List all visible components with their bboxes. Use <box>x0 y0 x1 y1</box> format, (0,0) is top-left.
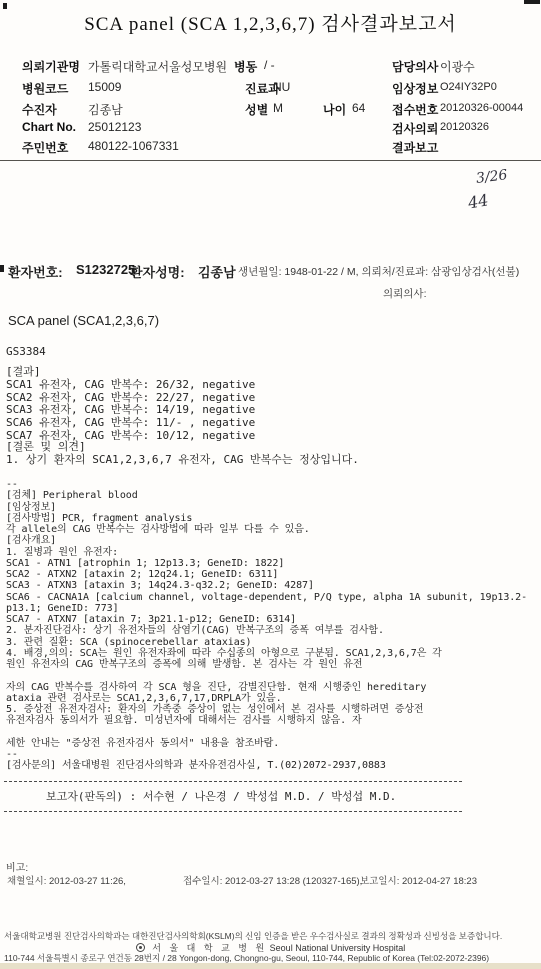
hospital-code-value: 15009 <box>88 80 121 94</box>
header-divider <box>0 160 541 161</box>
referring-doctor-label: 의뢰의사: <box>383 286 427 301</box>
conclusion-lines: [결론 및 의견]1. 상기 환자의 SCA1,2,3,6,7 유전자, CAG… <box>6 441 359 466</box>
result-report-label: 결과보고 <box>392 139 438 156</box>
test-request-value: 20120326 <box>440 121 489 133</box>
patient-meta-text: 생년월일: 1948-01-22 / M, 의뢰처/진료과: 삼광임상검사(선불… <box>238 264 519 279</box>
snuh-logo-icon <box>136 943 145 952</box>
specimen-code: GS3384 <box>6 345 46 358</box>
scan-edge-strip <box>0 963 541 969</box>
org-name-value: 가톨릭대학교서울성모병원 <box>88 58 227 75</box>
accession-number-value: 20120326-00044 <box>440 102 523 114</box>
chart-number-label: Chart No. <box>22 120 76 134</box>
resident-number-value: 480122-1067331 <box>88 139 179 153</box>
department-value: NU <box>273 80 290 94</box>
chart-number-value: 25012123 <box>88 120 141 134</box>
report-title: SCA panel (SCA 1,2,3,6,7) 검사결과보고서 <box>0 9 541 36</box>
handwritten-mark-note: 44 <box>467 190 490 212</box>
patient-name-label: 환자성명: <box>130 262 185 281</box>
ward-label: 병동 <box>234 58 257 75</box>
received-datetime: 접수일시: 2012-03-27 13:28 (120327-165), <box>183 873 362 887</box>
age-label: 나이 <box>323 101 346 118</box>
reporter-block: 보고자(판독의) : 서수현 / 나은경 / 박성섭 M.D. / 박성섭 M.… <box>4 781 462 812</box>
test-request-label: 검사의뢰 <box>392 120 438 137</box>
patient-id-value: S1232725 <box>76 262 135 277</box>
clinical-info-value: O24IY32P0 <box>440 81 497 93</box>
sex-value: M <box>273 101 283 115</box>
examinee-label: 수진자 <box>22 101 57 118</box>
scanned-lab-report-page: SCA panel (SCA 1,2,3,6,7) 검사결과보고서 의뢰기관명 … <box>0 0 541 969</box>
accession-number-label: 접수번호 <box>392 101 438 118</box>
patient-id-label: 환자번호: <box>8 262 63 281</box>
ward-value: / - <box>264 58 275 72</box>
handwritten-date-note: 3/26 <box>475 167 508 187</box>
hospital-code-label: 병원코드 <box>22 80 68 97</box>
reporter-line: 보고자(판독의) : 서수현 / 나은경 / 박성섭 M.D. / 박성섭 M.… <box>46 790 396 803</box>
collected-datetime: 채혈일시: 2012-03-27 11:26, <box>7 873 126 887</box>
age-value: 64 <box>352 101 365 115</box>
scan-artifact <box>0 265 4 272</box>
sex-label: 성별 <box>245 101 268 118</box>
examinee-value: 김종남 <box>88 101 123 118</box>
remark-label: 비고: <box>6 859 28 874</box>
patient-name-value: 김종남 <box>198 262 236 281</box>
detail-lines: --[검체] Peripheral blood[임상정보][검사방법] PCR,… <box>6 479 527 772</box>
resident-number-label: 주민번호 <box>22 139 68 156</box>
result-lines: [결과]SCA1 유전자, CAG 반복수: 26/32, negativeSC… <box>6 366 255 443</box>
org-name-label: 의뢰기관명 <box>22 58 80 75</box>
scan-artifact <box>524 0 540 4</box>
clinical-info-label: 임상정보 <box>392 80 438 97</box>
panel-title: SCA panel (SCA1,2,3,6,7) <box>8 313 159 328</box>
attending-doctor-label: 담당의사 <box>392 58 438 75</box>
reported-datetime: 보고일시: 2012-04-27 18:23 <box>360 873 477 887</box>
attending-doctor-value: 이광수 <box>440 58 475 75</box>
